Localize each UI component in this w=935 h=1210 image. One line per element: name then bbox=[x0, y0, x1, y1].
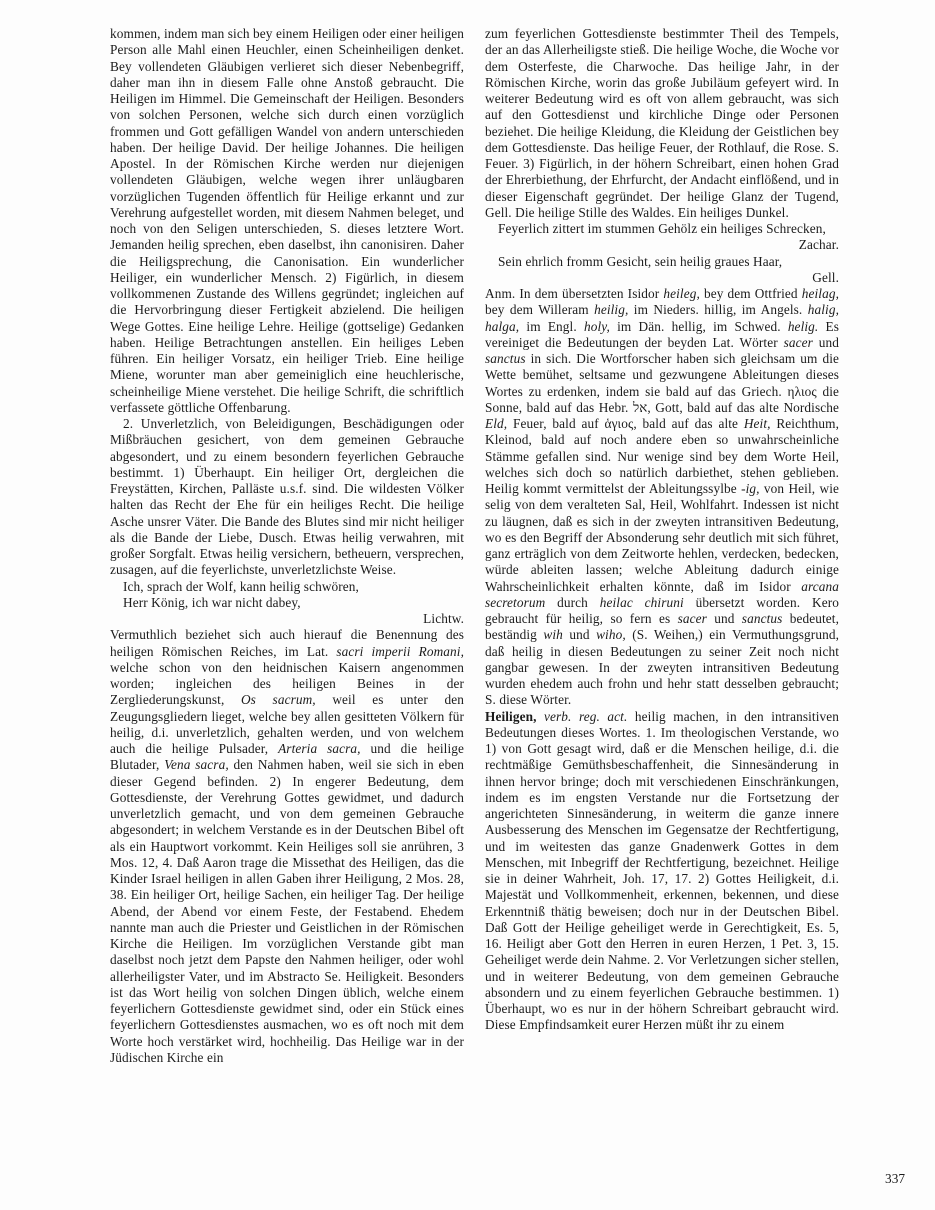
body-text: heilig machen, in den intransitiven Bede… bbox=[485, 709, 839, 1033]
italic-term: Arteria sacra, bbox=[278, 741, 361, 756]
body-text: Ich, sprach der Wolf, kann heilig schwör… bbox=[123, 579, 359, 594]
body-text: Anm. In dem übersetzten Isidor bbox=[485, 286, 663, 301]
italic-term: sacer bbox=[678, 611, 707, 626]
italic-term: heilig, bbox=[594, 302, 628, 317]
italic-term: Eld, bbox=[485, 416, 507, 431]
italic-term: Vena sacra, bbox=[164, 757, 229, 772]
italic-term: sacri imperii Romani, bbox=[336, 644, 464, 659]
body-text: im Nieders. hillig, im Angels. bbox=[628, 302, 807, 317]
italic-term: wiho, bbox=[596, 627, 626, 642]
italic-term: heileg, bbox=[663, 286, 700, 301]
verse-line: Sein ehrlich fromm Gesicht, sein heilig … bbox=[485, 254, 839, 270]
verse-line: Herr König, ich war nicht dabey, bbox=[110, 595, 464, 611]
two-column-text: kommen, indem man sich bey einem Heilige… bbox=[110, 26, 839, 1066]
body-text: 2. Unverletzlich, von Beleidigungen, Bes… bbox=[110, 416, 464, 577]
body-text: in sich. Die Wortforscher haben sich gle… bbox=[485, 351, 839, 415]
body-text: bey dem Willeram bbox=[485, 302, 594, 317]
italic-term: -ig, bbox=[741, 481, 760, 496]
right-column: zum feyerlichen Gottesdienste bestimmter… bbox=[485, 26, 839, 1066]
paragraph: 2. Unverletzlich, von Beleidigungen, Bes… bbox=[110, 416, 464, 579]
italic-term: sacer bbox=[784, 335, 813, 350]
citation-attribution: Zachar. bbox=[485, 237, 839, 253]
body-text: Gell. bbox=[812, 270, 839, 285]
italic-term: wih bbox=[543, 627, 563, 642]
paragraph: Anm. In dem übersetzten Isidor heileg, b… bbox=[485, 286, 839, 709]
dictionary-page: kommen, indem man sich bey einem Heilige… bbox=[0, 0, 935, 1210]
italic-term: Heit, bbox=[744, 416, 771, 431]
verse-line: Ich, sprach der Wolf, kann heilig schwör… bbox=[110, 579, 464, 595]
body-text: den Nahmen haben, weil sie sich in eben … bbox=[110, 757, 464, 1065]
body-text: im Engl. bbox=[519, 319, 584, 334]
italic-term: verb. reg. act. bbox=[544, 709, 627, 724]
italic-term: heilag, bbox=[802, 286, 839, 301]
body-text: kommen, indem man sich bey einem Heilige… bbox=[110, 26, 464, 415]
body-text: durch bbox=[545, 595, 599, 610]
body-text: Zachar. bbox=[799, 237, 839, 252]
page-number: 337 bbox=[885, 1171, 905, 1187]
italic-term: helig. bbox=[788, 319, 819, 334]
citation-attribution: Gell. bbox=[485, 270, 839, 286]
body-text bbox=[537, 709, 545, 724]
body-text: Sein ehrlich fromm Gesicht, sein heilig … bbox=[498, 254, 782, 269]
body-text: und bbox=[563, 627, 596, 642]
body-text: von Heil, wie selig von dem veralteten S… bbox=[485, 481, 839, 594]
paragraph: kommen, indem man sich bey einem Heilige… bbox=[110, 26, 464, 416]
italic-term: holy, bbox=[584, 319, 610, 334]
body-text: Feuer, bald auf ἁγιος, bald auf das alte bbox=[507, 416, 744, 431]
verse-line: Feyerlich zittert im stummen Gehölz ein … bbox=[485, 221, 839, 237]
body-text: im Dän. hellig, im Schwed. bbox=[610, 319, 788, 334]
italic-term: Os sacrum, bbox=[241, 692, 316, 707]
entry-headword: Heiligen, bbox=[485, 709, 537, 724]
paragraph: Vermuthlich beziehet sich auch hierauf d… bbox=[110, 627, 464, 1066]
body-text: Herr König, ich war nicht dabey, bbox=[123, 595, 301, 610]
body-text: Lichtw. bbox=[423, 611, 464, 626]
paragraph: zum feyerlichen Gottesdienste bestimmter… bbox=[485, 26, 839, 221]
italic-term: sanctus bbox=[485, 351, 526, 366]
body-text: Feyerlich zittert im stummen Gehölz ein … bbox=[498, 221, 826, 236]
body-text: und bbox=[707, 611, 742, 626]
body-text: bey dem Ottfried bbox=[700, 286, 802, 301]
body-text: und bbox=[813, 335, 839, 350]
left-column: kommen, indem man sich bey einem Heilige… bbox=[110, 26, 464, 1066]
italic-term: heilac chiruni bbox=[600, 595, 684, 610]
paragraph: Heiligen, verb. reg. act. heilig machen,… bbox=[485, 709, 839, 1034]
body-text: zum feyerlichen Gottesdienste bestimmter… bbox=[485, 26, 839, 220]
italic-term: sanctus bbox=[742, 611, 783, 626]
citation-attribution: Lichtw. bbox=[110, 611, 464, 627]
